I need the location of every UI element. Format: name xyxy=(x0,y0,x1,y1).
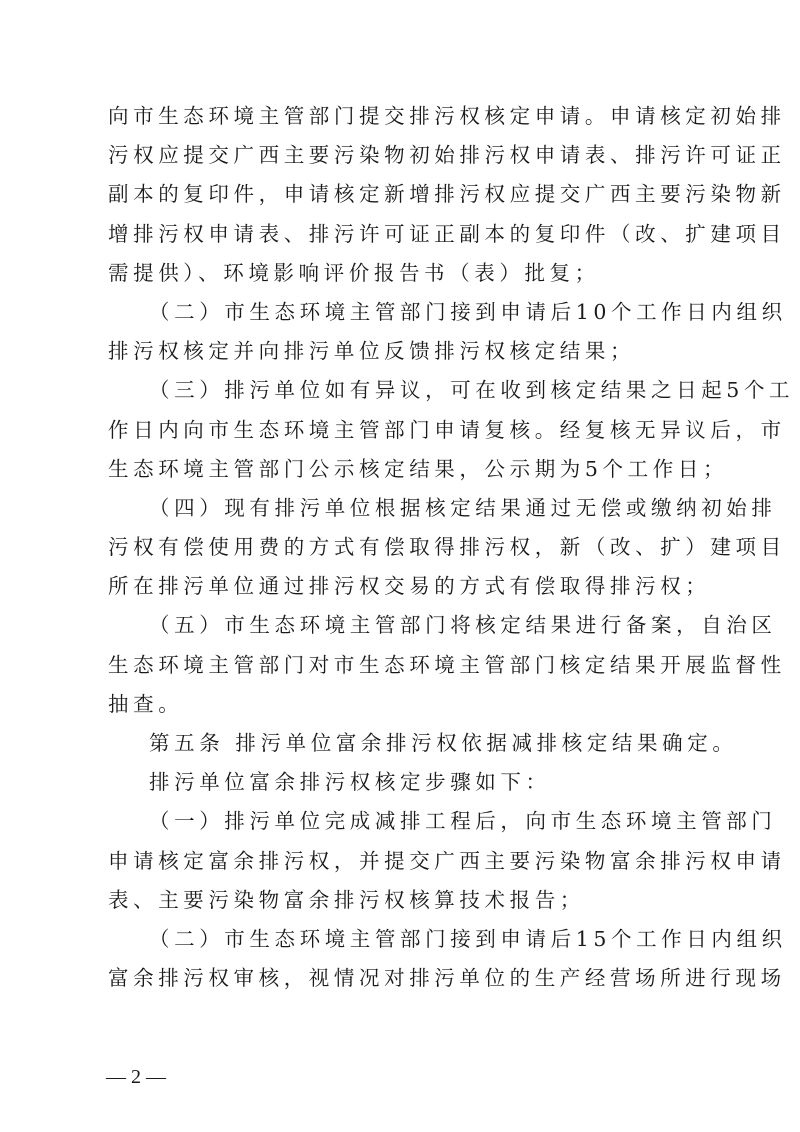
paragraph-line: 表、主要污染物富余排污权核算技术报告； xyxy=(108,881,698,920)
paragraph-line: （四）现有排污单位根据核定结果通过无偿或缴纳初始排 xyxy=(108,489,698,528)
paragraph-line: 申请核定富余排污权，并提交广西主要污染物富余排污权申请 xyxy=(108,842,698,881)
paragraph-line: （二）市生态环境主管部门接到申请后15个工作日内组织 xyxy=(108,920,698,959)
paragraph-line: 污权有偿使用费的方式有偿取得排污权，新（改、扩）建项目 xyxy=(108,528,698,567)
paragraph-line: 排污单位富余排污权核定步骤如下： xyxy=(108,763,698,802)
paragraph-line: 排污权核定并向排污单位反馈排污权核定结果； xyxy=(108,332,698,371)
page-number: — 2 — xyxy=(106,1066,166,1089)
paragraph-line: 富余排污权审核，视情况对排污单位的生产经营场所进行现场 xyxy=(108,959,698,998)
paragraph-line: 所在排污单位通过排污权交易的方式有偿取得排污权； xyxy=(108,567,698,606)
paragraph-line: （一）排污单位完成减排工程后，向市生态环境主管部门 xyxy=(108,802,698,841)
document-page: 向市生态环境主管部门提交排污权核定申请。申请核定初始排污权应提交广西主要污染物初… xyxy=(0,0,800,1132)
paragraph-line: （五）市生态环境主管部门将核定结果进行备案，自治区 xyxy=(108,606,698,645)
paragraph-line: 副本的复印件，申请核定新增排污权应提交广西主要污染物新 xyxy=(108,175,698,214)
paragraph-line: 增排污权申请表、排污许可证正副本的复印件（改、扩建项目 xyxy=(108,215,698,254)
paragraph-line: 向市生态环境主管部门提交排污权核定申请。申请核定初始排 xyxy=(108,97,698,136)
paragraph-line: 生态环境主管部门对市生态环境主管部门核定结果开展监督性 xyxy=(108,646,698,685)
paragraph-line: 作日内向市生态环境主管部门申请复核。经复核无异议后，市 xyxy=(108,411,698,450)
paragraph-line: 需提供）、环境影响评价报告书（表）批复； xyxy=(108,254,698,293)
paragraph-line: （三）排污单位如有异议，可在收到核定结果之日起5个工 xyxy=(108,371,698,410)
paragraph-line: 生态环境主管部门公示核定结果，公示期为5个工作日； xyxy=(108,450,698,489)
paragraph-line: 第五条 排污单位富余排污权依据减排核定结果确定。 xyxy=(108,724,698,763)
document-body: 向市生态环境主管部门提交排污权核定申请。申请核定初始排污权应提交广西主要污染物初… xyxy=(108,97,698,998)
paragraph-line: （二）市生态环境主管部门接到申请后10个工作日内组织 xyxy=(108,293,698,332)
paragraph-line: 抽查。 xyxy=(108,685,698,724)
paragraph-line: 污权应提交广西主要污染物初始排污权申请表、排污许可证正 xyxy=(108,136,698,175)
